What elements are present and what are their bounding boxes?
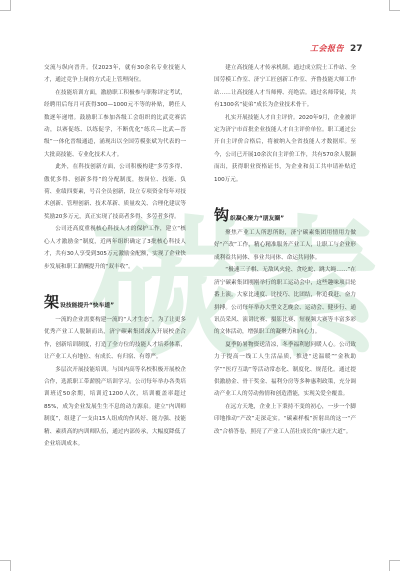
section-title: 织凝心聚力“朋友圈” xyxy=(230,215,284,223)
right-paragraphs-top: 建立高技能人才传承机制。通过成立院士工作站、全国劳模工作室、济宁工匠创新工作室、… xyxy=(214,62,356,186)
crop-mark-top-left xyxy=(0,0,11,11)
left-paragraphs-top: 交流与纵向晋升。仅2023年，就有30余名专业技能人才，通过竞争上岗的方式走上管… xyxy=(44,62,186,273)
paragraph: 建立高技能人才传承机制。通过成立院士工作站、全国劳模工作室、济宁工匠创新工作室、… xyxy=(214,62,356,112)
page-header: 工会报告 27 xyxy=(310,43,363,54)
left-paragraphs-bottom: 一流的企业需要构建一流的“人才生态”。为了让更多优秀产业工人脱颖而出，济宁碳素集… xyxy=(44,314,186,450)
crop-mark-top-right xyxy=(389,0,400,11)
publication-brand: 工会报告 xyxy=(310,43,344,54)
right-column: 建立高技能人才传承机制。通过成立院士工作站、全国劳模工作室、济宁工匠创新工作室、… xyxy=(214,62,356,450)
crop-mark-bottom-left xyxy=(0,560,11,571)
paragraph: 扎实开展技能人才自主评价。2020年9月，企业被评定为济宁市首批企业技能人才自主… xyxy=(214,112,356,186)
paragraph: 多层次开展技能培训。与国内高等名校积极开展校企合作，选派职工带薪脱产培训学习。公… xyxy=(44,364,186,451)
paragraph: 在远方天地，企业上下秉持不变的初心，一步一个脚印地推动“产改”走深走实。“碳素样… xyxy=(214,401,356,438)
paragraph: 此外，在科技创新方面，公司积极构建“多劳多得、傲优多得、创新多得”的分配制度，按… xyxy=(44,161,186,223)
left-column: 交流与纵向晋升。仅2023年，就有30余名专业技能人才，通过竞争上岗的方式走上管… xyxy=(44,62,186,450)
paragraph: “极速三子棋、无敌风火轮、贪吃蛇、跳大绳……”在济宁碳素集团刚刚举行的职工运动会… xyxy=(214,264,356,338)
crop-mark-bottom-right xyxy=(389,560,400,571)
section-heading: 钩 织凝心聚力“朋友圈” xyxy=(214,208,356,223)
section-title: 设技能提升“快车道” xyxy=(60,302,114,310)
right-paragraphs-bottom: 聚焦产业工人所思所盼，济宁碳素集团用情用力做好“产改”工作，精心精准服务产业工人… xyxy=(214,227,356,438)
section-heading: 架 设技能提升“快车道” xyxy=(44,295,186,310)
section-initial-char: 钩 xyxy=(214,208,229,223)
paragraph: 公司还高度重视核心科技人才的保护工作，建立“核心人才激励金”制度，近两年组织确定… xyxy=(44,223,186,273)
paragraph: 聚焦产业工人所思所盼，济宁碳素集团用情用力做好“产改”工作，精心精准服务产业工人… xyxy=(214,227,356,264)
paragraph: 一流的企业需要构建一流的“人才生态”。为了让更多优秀产业工人脱颖而出，济宁碳素集… xyxy=(44,314,186,364)
paragraph: 夏季防暑物资送清凉，冬季福利慰问暖人心。公司致力于提高一线工人生活品质，推进“送… xyxy=(214,339,356,401)
section-initial-char: 架 xyxy=(44,295,59,310)
article-body: 交流与纵向晋升。仅2023年，就有30余名专业技能人才，通过竞争上岗的方式走上管… xyxy=(44,62,356,450)
paragraph: 交流与纵向晋升。仅2023年，就有30余名专业技能人才，通过竞争上岗的方式走上管… xyxy=(44,62,186,87)
paragraph: 在技能培训方面，激励职工积极参与职称评定考试，经聘用后每月可获得300—1000… xyxy=(44,87,186,161)
page-number: 27 xyxy=(350,44,363,54)
